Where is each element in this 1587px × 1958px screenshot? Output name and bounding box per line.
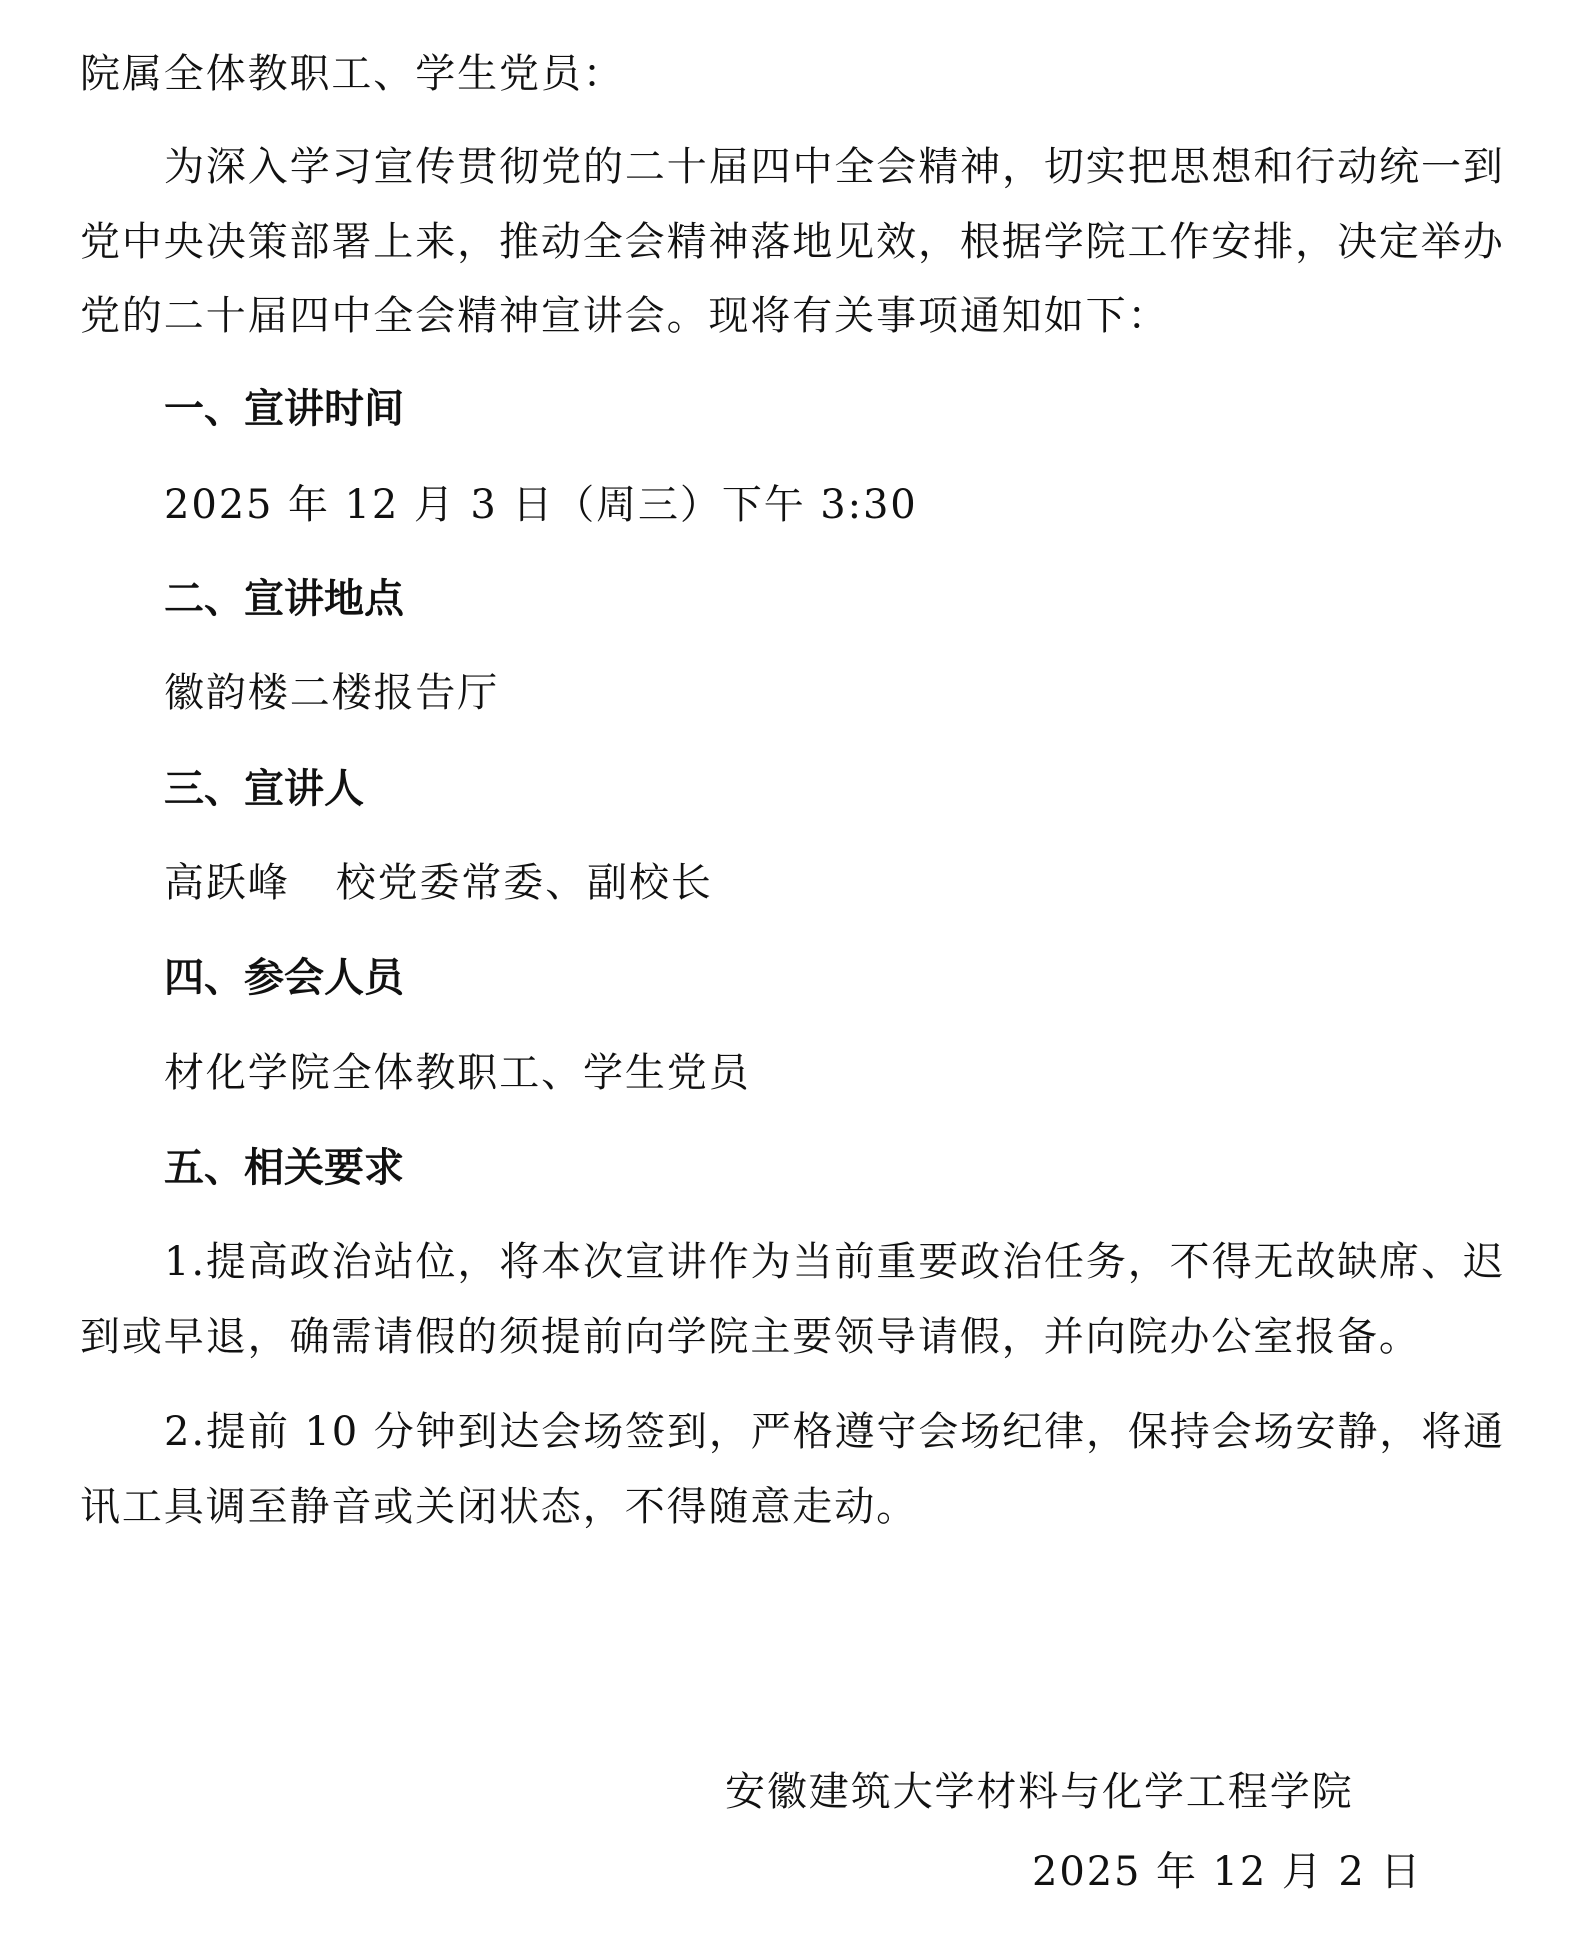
requirement-1-line-1: 1.提高政治站位，将本次宣讲作为当前重要政治任务，不得无故缺席、迟 (164, 1237, 1505, 1287)
section-heading-speaker: 三、宣讲人 (164, 764, 364, 814)
requirement-1-line-2: 到或早退，确需请假的须提前向学院主要领导请假，并向院办公室报备。 (80, 1312, 1421, 1362)
speaker-title: 校党委常委、副校长 (336, 860, 713, 906)
intro-line-2: 党中央决策部署上来，推动全会精神落地见效，根据学院工作安排，决定举办 (80, 217, 1505, 267)
section-heading-requirements: 五、相关要求 (164, 1143, 404, 1193)
requirement-2-line-1: 2.提前 10 分钟到达会场签到，严格遵守会场纪律，保持会场安静，将通 (164, 1407, 1505, 1457)
section-content-speaker: 高跃峰校党委常委、副校长 (164, 858, 713, 908)
section-content-attendees: 材化学院全体教职工、学生党员 (164, 1048, 751, 1098)
intro-line-3: 党的二十届四中全会精神宣讲会。现将有关事项通知如下： (80, 291, 1169, 341)
section-heading-time: 一、宣讲时间 (164, 384, 404, 434)
requirement-2-line-2: 讯工具调至静音或关闭状态，不得随意走动。 (80, 1482, 918, 1532)
section-heading-attendees: 四、参会人员 (164, 953, 404, 1003)
signature-date: 2025 年 12 月 2 日 (1032, 1847, 1422, 1897)
salutation: 院属全体教职工、学生党员： (80, 49, 625, 99)
section-content-location: 徽韵楼二楼报告厅 (164, 668, 499, 718)
speaker-name: 高跃峰 (164, 860, 290, 906)
section-content-time: 2025 年 12 月 3 日（周三）下午 3:30 (164, 480, 918, 530)
intro-line-1: 为深入学习宣传贯彻党的二十届四中全会精神，切实把思想和行动统一到 (164, 142, 1505, 192)
section-heading-location: 二、宣讲地点 (164, 574, 404, 624)
signature-organization: 安徽建筑大学材料与化学工程学院 (725, 1767, 1354, 1817)
